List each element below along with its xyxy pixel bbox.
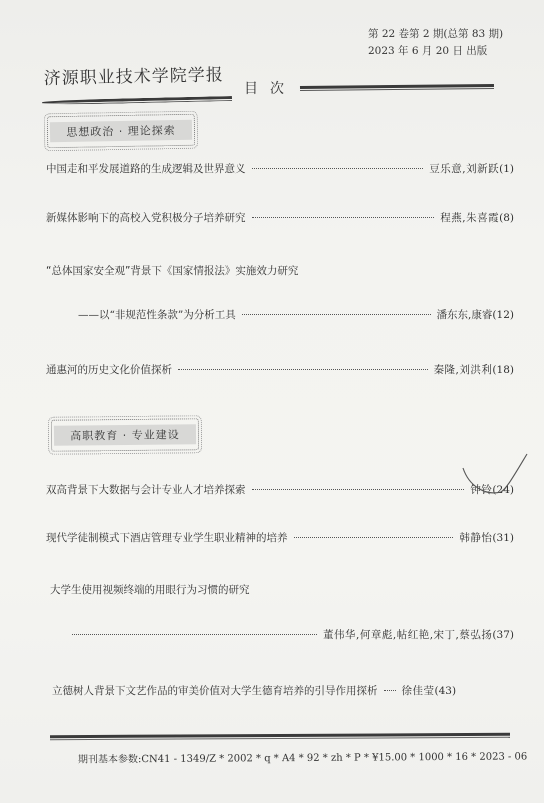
publication-date: 2023 年 6 月 20 日 出版 — [368, 43, 503, 60]
section-tag-theory: 思想政治 · 理论探索 — [47, 114, 196, 149]
toc-entry[interactable]: 董伟华,何章彪,帖红艳,宋丁,蔡弘扬 37 — [72, 627, 514, 642]
article-authors: 钟铃 — [470, 482, 492, 497]
journal-title: 济源职业技术学院学报 — [43, 60, 223, 89]
article-title: 现代学徒制模式下酒店管理专业学生职业精神的培养 — [46, 530, 288, 545]
toc-entry[interactable]: 中国走和平发展道路的生成逻辑及世界意义 豆乐意,刘新跃 1 — [46, 161, 514, 176]
article-authors: 韩静怡 — [459, 530, 492, 545]
dot-leader — [72, 634, 317, 635]
toc-entry[interactable]: 立德树人背景下文艺作品的审美价值对大学生德育培养的引导作用探析 徐佳莹 43 — [52, 683, 514, 698]
article-authors: 徐佳莹 — [402, 683, 435, 698]
article-page: (12) — [492, 309, 514, 321]
article-title[interactable]: “总体国家安全观”背景下《国家情报法》实施效力研究 — [46, 263, 298, 278]
article-title: 立德树人背景下文艺作品的审美价值对大学生德育培养的引导作用探析 — [52, 683, 378, 698]
dot-leader — [252, 217, 435, 218]
article-title[interactable]: 大学生使用视频终端的用眼行为习惯的研究 — [50, 582, 250, 597]
toc-entry[interactable]: 现代学徒制模式下酒店管理专业学生职业精神的培养 韩静怡 31 — [46, 530, 514, 545]
dot-leader — [252, 168, 424, 169]
issue-number: 第 22 卷第 2 期(总第 83 期) — [368, 26, 503, 43]
toc-entry[interactable]: ——以“非规范性条款”为分析工具 潘东东,康睿 (12) — [78, 307, 514, 322]
dot-leader — [242, 314, 431, 315]
article-authors: 程燕,朱喜霞 — [440, 210, 499, 225]
article-title: 双高背景下大数据与会计专业人才培养探索 — [46, 482, 246, 497]
article-authors: 豆乐意,刘新跃 — [429, 161, 499, 176]
document-page: 济源职业技术学院学报 第 22 卷第 2 期(总第 83 期) 2023 年 6… — [0, 0, 544, 803]
article-authors: 董伟华,何章彪,帖红艳,宋丁,蔡弘扬 — [323, 627, 492, 642]
article-authors: 潘东东,康睿 — [437, 307, 493, 322]
article-page: 43 — [435, 685, 457, 697]
toc-heading: 目次 — [244, 78, 296, 98]
section-tag-vocational: 高职教育 · 专业建设 — [51, 418, 199, 452]
journal-parameters: 期刊基本参数:CN41 - 1349/Z * 2002 * q * A4 * 9… — [78, 747, 527, 765]
issue-info: 第 22 卷第 2 期(总第 83 期) 2023 年 6 月 20 日 出版 — [368, 26, 503, 60]
toc-rule-right — [300, 84, 494, 91]
toc-entry[interactable]: 新媒体影响下的高校入党积极分子培养研究 程燕,朱喜霞 8 — [46, 210, 514, 225]
article-page: 18 — [492, 364, 514, 376]
dot-leader — [384, 690, 396, 691]
toc-entry[interactable]: 双高背景下大数据与会计专业人才培养探索 钟铃 24 — [46, 482, 514, 497]
article-page: 1 — [499, 163, 514, 175]
dot-leader — [252, 489, 465, 490]
article-title: 中国走和平发展道路的生成逻辑及世界意义 — [46, 161, 246, 176]
article-title: 通惠河的历史文化价值探析 — [46, 362, 172, 377]
dot-leader — [294, 537, 454, 538]
article-page: 24 — [492, 484, 514, 496]
footer-rule — [50, 733, 510, 740]
article-page: 37 — [492, 629, 514, 641]
article-page: 8 — [499, 212, 514, 224]
toc-rule-left — [42, 96, 232, 105]
section-label: 高职教育 · 专业建设 — [54, 424, 196, 445]
article-page: 31 — [492, 532, 514, 544]
toc-entry[interactable]: 通惠河的历史文化价值探析 秦隆,刘洪利 18 — [46, 362, 514, 377]
article-title: 新媒体影响下的高校入党积极分子培养研究 — [46, 210, 246, 225]
article-subtitle: ——以“非规范性条款”为分析工具 — [78, 307, 236, 322]
article-authors: 秦隆,刘洪利 — [434, 362, 493, 377]
section-label: 思想政治 · 理论探索 — [50, 120, 192, 142]
dot-leader — [178, 369, 428, 370]
